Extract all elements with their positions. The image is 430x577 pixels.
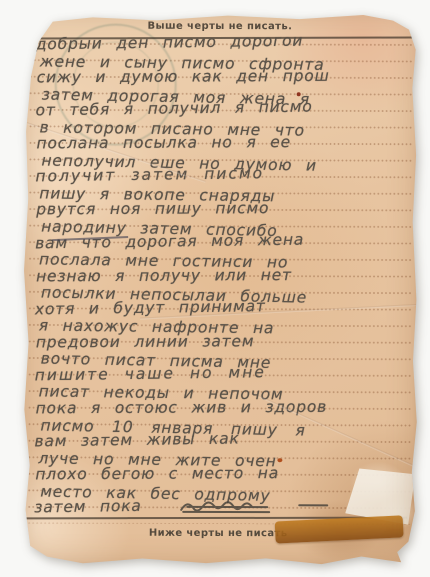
handwritten-line: от тебя я получил я писмо [36,97,408,119]
handwritten-line: добрыи ден писмо дорогои [36,31,408,53]
handwritten-text-block: добрыи ден писмо дорогоижене и сыну писм… [34,36,408,517]
handwritten-line: сижу и думою как ден прош [36,68,408,86]
handwritten-line: предовои линии затем [35,332,407,350]
letter-paper: Выше черты не писать. добрыи ден писмо д… [19,9,419,566]
handwritten-line: вам затем живы как [34,428,406,450]
handwritten-line: хотя и будут принимат [35,296,407,318]
handwritten-line: плохо бегою с место на [34,465,406,483]
handwritten-line: пока я остоюс жив и здоров [35,398,407,416]
handwritten-line: затем пока [34,494,406,516]
handwritten-line: пишите чаше но мне [35,362,407,384]
handwritten-line: вам что дорогая моя жена [35,230,407,252]
printed-top-rule-label: Выше черты не писать. [21,20,419,32]
scanned-letter-image: Выше черты не писать. добрыи ден писмо д… [0,0,430,577]
handwritten-line: незнаю я получу или нет [35,266,407,284]
handwritten-line: рвутся ноя пишу писмо [35,200,407,218]
handwritten-line: получит затем писмо [35,164,407,186]
printed-bottom-rule-label: Ниже черты не писать [19,527,417,539]
paper-shadow-wrap: Выше черты не писать. добрыи ден писмо д… [0,0,430,577]
handwritten-line: послана посылка но я ее [35,134,407,152]
